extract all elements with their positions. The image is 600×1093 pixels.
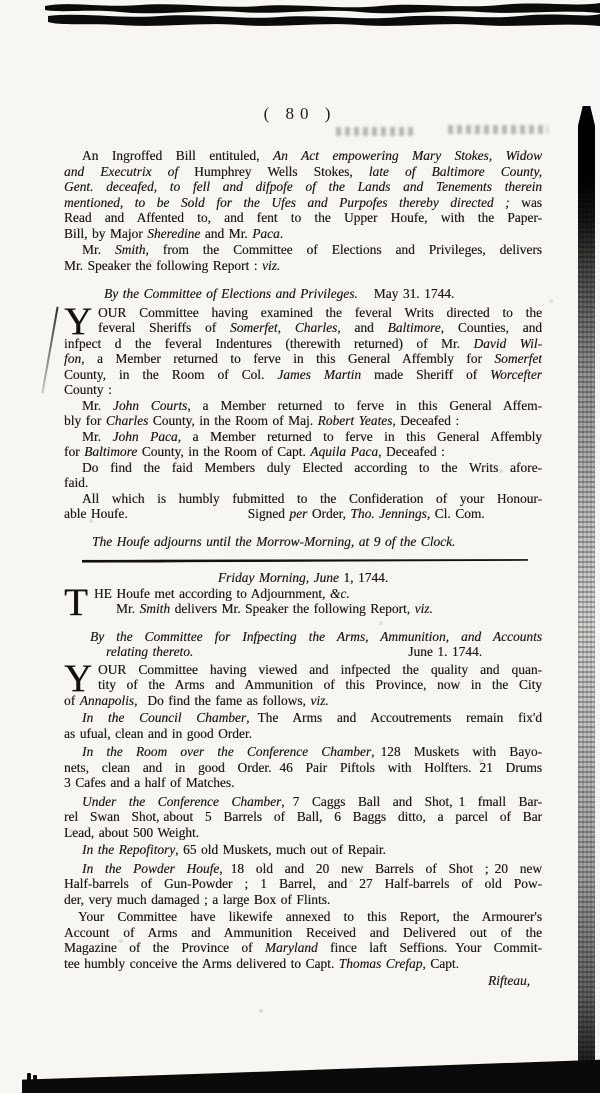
text-run: Rifteau,: [488, 973, 530, 988]
text-gap: [285, 805, 293, 806]
show-through-smudge: [448, 125, 548, 134]
text-run: able Houfe.: [64, 506, 128, 521]
text-run: Maryland: [265, 940, 318, 955]
text-run: James Martin: [277, 367, 361, 382]
text-run: Paca: [252, 226, 280, 241]
text-line: Mr. Smith delivers Mr. Speaker the follo…: [64, 601, 542, 617]
text-line: Read and Affented to, and fent to the Up…: [64, 210, 542, 226]
scan-artifact-book-gutter: [578, 106, 595, 1093]
text-run: Account of Arms and Ammunition Received …: [64, 925, 542, 940]
text-run: for: [64, 444, 84, 459]
text-run: County, in the Room of Col.: [64, 367, 277, 382]
text-run: tee humbly conceive the Arms delivered t…: [64, 956, 339, 971]
text-run: In the Council Chamber: [82, 710, 246, 725]
text-run: ,: [281, 794, 284, 809]
text-run: 18 old and 20 new Barrels of Shot ;: [231, 861, 489, 876]
paragraph: By the Committee for Infpecting the Arms…: [64, 629, 542, 660]
text-run: Charles: [106, 413, 148, 428]
text-run: Bill, by Major: [64, 226, 147, 241]
text-gap: [137, 704, 147, 705]
text-line: In the Room over the Conference Chamber,…: [64, 744, 542, 760]
text-run: May 31. 1744.: [374, 286, 455, 301]
text-line: tity of the Arms and Ammunition of this …: [64, 677, 542, 693]
text-run: David Wil-: [473, 336, 542, 351]
text-line: Half-barrels of Gun-Powder ; 1 Barrel, a…: [64, 876, 542, 892]
text-run: as ufual, clean and in good Order.: [64, 726, 252, 741]
text-line: Under the Conference Chamber,7 Caggs Bal…: [64, 794, 542, 810]
text-line: as ufual, clean and in good Order.: [64, 726, 542, 742]
text-run: , Counties, and: [441, 320, 542, 335]
text-run: ,: [246, 710, 249, 725]
text-run: , 65 old Muskets, much out of Repair.: [175, 842, 386, 857]
text-line: Lead, about 500 Weight.: [64, 825, 542, 841]
text-run: Read and Affented to, and fent to the Up…: [64, 210, 542, 225]
paragraph: Mr. John Paca, a Member returned to ferv…: [64, 429, 542, 460]
text-run: nets, clean and in good Order.: [64, 760, 271, 775]
text-run: Worcefter: [490, 367, 542, 382]
text-gap: [358, 297, 374, 298]
section-divider: [82, 558, 528, 563]
text-run: late of Baltimore County,: [369, 164, 542, 179]
text-run: ,: [371, 744, 374, 759]
text-run: rel Swan Shot,: [64, 809, 159, 824]
text-run: An Act empowering Mary Stokes, Widow: [273, 148, 542, 163]
text-run: , Capt.: [422, 956, 459, 971]
paragraph: Mr. Smith, from the Committee of Electio…: [64, 242, 542, 273]
paragraph: Do find the faid Members duly Elected ac…: [64, 460, 542, 491]
text-run: Mr. Speaker the following Report :: [64, 258, 262, 273]
paragraph: THE Houfe met according to Adjournment, …: [64, 586, 542, 617]
text-line: HE Houfe met according to Adjournment, &…: [64, 586, 542, 602]
text-line: mentioned, to be Sold for the Ufes and P…: [64, 195, 542, 211]
text-run: By the Committee for Infpecting the Arms…: [90, 629, 542, 644]
text-run: 3 Cafes and a half of Matches.: [64, 775, 234, 790]
text-run: The Houfe adjourns until the Morrow-Morn…: [92, 534, 455, 549]
text-run: Order,: [307, 506, 350, 521]
text-run: , a Member returned to ferve in this Gen…: [81, 351, 494, 366]
text-run: mentioned, to be Sold for the Ufes and P…: [64, 195, 521, 210]
text-line: Bill, by Major Sheredine and Mr. Paca.: [64, 226, 542, 242]
text-line: Do find the faid Members duly Elected ac…: [64, 460, 542, 476]
text-run: feveral Sheriffs of: [98, 320, 230, 335]
text-gap: [128, 517, 248, 518]
text-run: about 5 Barrels of Ball, 6 Baggs ditto, …: [163, 809, 542, 824]
text-run: 46 Pair Piftols with Holfters.: [279, 760, 471, 775]
text-run: Tho. Jennings: [350, 506, 426, 521]
text-run: Robert Yeates: [318, 413, 393, 428]
text-line: Gent. deceafed, to fell and difpofe of t…: [64, 179, 542, 195]
text-run: , a Member returned to ferve in this Gen…: [178, 429, 542, 444]
text-run: Your Commit-: [455, 940, 542, 955]
paragraph: YOUR Committee having viewed and infpect…: [64, 662, 542, 709]
paragraph: An Ingroffed Bill entituled, An Act empo…: [64, 148, 542, 241]
text-run: Somerfet: [230, 320, 278, 335]
text-gap: [223, 872, 231, 873]
text-line: fon, a Member returned to ferve in this …: [64, 351, 542, 367]
text-run: Charles: [295, 320, 337, 335]
paragraph: In the Powder Houfe,18 old and 20 new Ba…: [64, 861, 542, 908]
text-run: Under the Conference Chamber: [82, 794, 281, 809]
text-line: OUR Committee having examined the fevera…: [64, 305, 542, 321]
text-run: Baltimore: [84, 444, 137, 459]
text-line: In the Repofitory, 65 old Muskets, much …: [64, 842, 542, 858]
text-line: By the Committee of Elections and Privil…: [64, 286, 542, 302]
text-line: Mr. Speaker the following Report : viz.: [64, 258, 542, 274]
text-run: Friday Morning, June: [218, 570, 339, 585]
text-line: faid.: [64, 475, 542, 491]
paragraph: Your Committee have likewife annexed to …: [64, 909, 542, 971]
text-run: John Courts: [113, 398, 187, 413]
text-run: OUR Committee having viewed and infpecte…: [98, 662, 542, 677]
text-run: bly for: [64, 413, 106, 428]
text-run: and Executrix of: [64, 164, 194, 179]
scratch-mark: [41, 306, 58, 393]
text-run: All which is humbly fubmitted to the Con…: [82, 491, 542, 506]
text-line: feveral Sheriffs of Somerfet, Charles, a…: [64, 320, 542, 336]
paragraph: Rifteau,: [64, 973, 542, 989]
text-run: &c.: [330, 586, 350, 601]
text-run: Lead, about 500 Weight.: [64, 825, 199, 840]
text-run: ,: [219, 861, 222, 876]
text-run: relating thereto.: [106, 644, 193, 659]
text-line: Rifteau,: [64, 973, 542, 989]
text-run: Half-barrels of Gun-Powder ; 1 Barrel, a…: [64, 876, 542, 891]
text-run: Signed: [248, 506, 290, 521]
text-run: ,: [134, 693, 137, 708]
scan-artifact-bottom-band: [22, 1056, 600, 1093]
text-run: tity of the Arms and Ammunition of this …: [98, 677, 542, 692]
text-gap: [447, 951, 455, 952]
document-page: ( 80 ) An Ingroffed Bill entituled, An A…: [0, 0, 600, 1093]
text-run: 21 Drums: [479, 760, 542, 775]
torn-edge-shape: [0, 0, 600, 30]
paragraph: In the Council Chamber,The Arms and Acco…: [64, 710, 542, 741]
page-text: An Ingroffed Bill entituled, An Act empo…: [64, 148, 542, 989]
text-line: OUR Committee having viewed and infpecte…: [64, 662, 542, 678]
paper-speckle: [0, 0, 2, 2]
text-run: faid.: [64, 475, 88, 490]
text-line: Your Committee have likewife annexed to …: [64, 909, 542, 925]
text-line: able Houfe.Signed per Order, Tho. Jennin…: [64, 506, 542, 522]
text-run: Sheredine: [147, 226, 200, 241]
paragraph: YOUR Committee having examined the fever…: [64, 305, 542, 398]
page-number: ( 80 ): [0, 104, 600, 124]
text-run: , a Member returned to ferve in this Gen…: [187, 398, 542, 413]
show-through-smudge: [336, 127, 416, 136]
text-run: Somerfet: [494, 351, 542, 366]
text-run: , Deceafed :: [378, 444, 445, 459]
text-line: In the Council Chamber,The Arms and Acco…: [64, 710, 542, 726]
text-run: An Ingroffed Bill entituled,: [82, 148, 273, 163]
text-run: viz.: [310, 693, 328, 708]
text-run: 128 Muskets with Bayo-: [380, 744, 542, 759]
text-line: By the Committee for Infpecting the Arms…: [64, 629, 542, 645]
text-run: viz.: [415, 601, 433, 616]
text-run: delivers Mr. Speaker the following Repor…: [170, 601, 415, 616]
text-run: The Arms and Accoutrements remain fix'd: [257, 710, 542, 725]
edge-mark: [33, 1075, 37, 1088]
text-line: Magazine of the Province of Maryland fin…: [64, 940, 542, 956]
text-run: ,: [278, 320, 295, 335]
text-run: County, in the Room of Maj.: [148, 413, 317, 428]
text-run: Mr.: [82, 242, 115, 257]
text-line: Mr. John Paca, a Member returned to ferv…: [64, 429, 542, 445]
text-run: per: [289, 506, 307, 521]
text-run: Thomas Crefap: [339, 956, 423, 971]
paragraph: Under the Conference Chamber,7 Caggs Bal…: [64, 794, 542, 841]
text-run: 20 new: [495, 861, 542, 876]
text-run: Do find the fame as follows,: [147, 693, 310, 708]
text-run: OUR Committee having examined the fevera…: [98, 305, 542, 320]
text-run: County, in the Room of Capt.: [137, 444, 310, 459]
text-run: In the Powder Houfe: [82, 861, 219, 876]
text-run: Mr.: [82, 398, 113, 413]
text-line: of Annapolis,Do find the fame as follows…: [64, 693, 542, 709]
text-line: relating thereto.June 1. 1744.: [64, 644, 542, 660]
text-run: Humphrey Wells Stokes,: [194, 164, 369, 179]
text-line: tee humbly conceive the Arms delivered t…: [64, 956, 542, 972]
text-run: , from the Committee of Elections and Pr…: [145, 242, 542, 257]
text-run: Magazine of the Province of: [64, 940, 265, 955]
text-line: Mr. John Courts, a Member returned to fe…: [64, 398, 542, 414]
text-line: County :: [64, 382, 542, 398]
text-gap: [193, 655, 408, 656]
text-run: Mr.: [116, 601, 140, 616]
text-run: Aquila Paca: [310, 444, 378, 459]
text-line: and Executrix of Humphrey Wells Stokes, …: [64, 164, 542, 180]
scan-artifact-top-band: [0, 0, 600, 30]
text-run: Mr.: [82, 429, 113, 444]
text-run: der, very much damaged ; a large Box of …: [64, 892, 330, 907]
text-line: Mr. Smith, from the Committee of Electio…: [64, 242, 542, 258]
edge-mark: [27, 1073, 31, 1086]
paragraph: The Houfe adjourns until the Morrow-Morn…: [64, 534, 542, 550]
text-run: and Mr.: [200, 226, 252, 241]
text-run: .: [280, 226, 283, 241]
drop-cap: Y: [64, 307, 92, 337]
text-line: for Baltimore County, in the Room of Cap…: [64, 444, 542, 460]
text-line: Account of Arms and Ammunition Received …: [64, 925, 542, 941]
text-line: rel Swan Shot,about 5 Barrels of Ball, 6…: [64, 809, 542, 825]
text-run: HE Houfe met according to Adjournment,: [94, 586, 330, 601]
text-line: The Houfe adjourns until the Morrow-Morn…: [64, 534, 542, 550]
text-run: Do find the faid Members duly Elected ac…: [82, 460, 542, 475]
text-run: County :: [64, 382, 112, 397]
text-run: , and: [337, 320, 387, 335]
text-run: 7 Caggs Ball and Shot,: [293, 794, 453, 809]
text-line: County, in the Room of Col. James Martin…: [64, 367, 542, 383]
text-run: By the Committee of Elections and Privil…: [104, 286, 358, 301]
text-line: bly for Charles County, in the Room of M…: [64, 413, 542, 429]
text-run: viz.: [262, 258, 280, 273]
text-line: In the Powder Houfe,18 old and 20 new Ba…: [64, 861, 542, 877]
paragraph: In the Room over the Conference Chamber,…: [64, 744, 542, 791]
paragraph: Mr. John Courts, a Member returned to fe…: [64, 398, 542, 429]
text-run: , Deceafed :: [392, 413, 459, 428]
text-line: All which is humbly fubmitted to the Con…: [64, 491, 542, 507]
text-run: June 1. 1744.: [408, 644, 482, 659]
text-run: infpect d the feveral Indentures (therew…: [64, 336, 473, 351]
text-run: In the Repofitory: [82, 842, 175, 857]
paragraph: All which is humbly fubmitted to the Con…: [64, 491, 542, 522]
drop-cap: T: [64, 588, 88, 618]
text-run: was: [521, 195, 542, 210]
text-line: An Ingroffed Bill entituled, An Act empo…: [64, 148, 542, 164]
text-run: Smith: [115, 242, 146, 257]
text-line: Friday Morning, June 1, 1744.: [64, 570, 542, 586]
text-line: nets, clean and in good Order.46 Pair Pi…: [64, 760, 542, 776]
text-run: 1 fmall Bar-: [458, 794, 542, 809]
text-run: John Paca: [113, 429, 178, 444]
text-run: made Sheriff of: [361, 367, 490, 382]
text-run: fince laft Seffions.: [318, 940, 447, 955]
text-run: , Cl. Com.: [427, 506, 485, 521]
text-run: Gent. deceafed, to fell and difpofe of t…: [64, 179, 542, 194]
text-run: Your Committee have likewife annexed to …: [78, 909, 542, 924]
text-run: Baltimore: [388, 320, 441, 335]
text-line: 3 Cafes and a half of Matches.: [64, 775, 542, 791]
text-run: Smith: [140, 601, 171, 616]
paragraph: Friday Morning, June 1, 1744.: [64, 570, 542, 586]
text-run: In the Room over the Conference Chamber: [82, 744, 371, 759]
text-run: 1, 1744.: [339, 570, 388, 585]
text-line: infpect d the feveral Indentures (therew…: [64, 336, 542, 352]
text-run: fon: [64, 351, 81, 366]
paragraph: In the Repofitory, 65 old Muskets, much …: [64, 842, 542, 858]
text-line: der, very much damaged ; a large Box of …: [64, 892, 542, 908]
drop-cap: Y: [64, 664, 92, 694]
paragraph: By the Committee of Elections and Privil…: [64, 286, 542, 302]
